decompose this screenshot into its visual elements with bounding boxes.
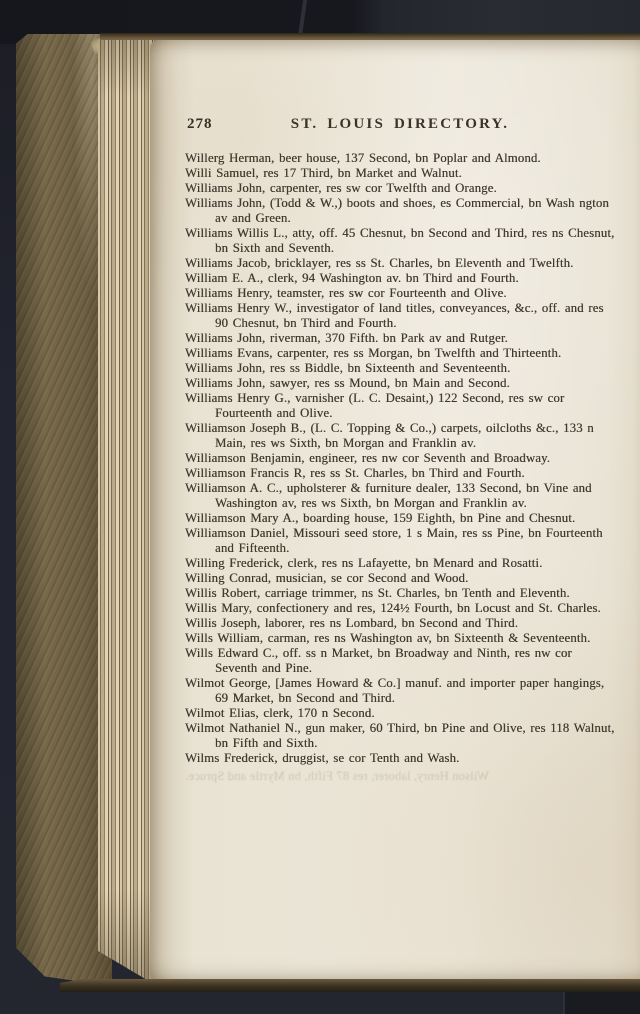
directory-entry: Williamson Daniel, Missouri seed store, … <box>185 526 615 556</box>
directory-entry: Wills Edward C., off. ss n Market, bn Br… <box>185 646 615 676</box>
directory-entry: Wilmot George, [James Howard & Co.] manu… <box>185 676 615 706</box>
directory-entry: Williams Henry, teamster, res sw cor Fou… <box>185 286 615 301</box>
photo-scene: 278 ST. LOUIS DIRECTORY. Willerg Herman,… <box>0 0 640 1014</box>
directory-entry: Williams John, (Todd & W.,) boots and sh… <box>185 196 615 226</box>
directory-entry: Williams John, sawyer, res ss Mound, bn … <box>185 376 615 391</box>
background-object-bottom <box>563 992 640 1014</box>
page-number: 278 <box>187 116 213 133</box>
directory-entry: Willis Robert, carriage trimmer, ns St. … <box>185 586 615 601</box>
directory-entry: Williams John, carpenter, res sw cor Twe… <box>185 181 615 196</box>
directory-entry: Williamson A. C., upholsterer & furnitur… <box>185 481 615 511</box>
directory-entry: Willing Frederick, clerk, res ns Lafayet… <box>185 556 615 571</box>
directory-entry: Wilmot Elias, clerk, 170 n Second. <box>185 706 615 721</box>
page-content: 278 ST. LOUIS DIRECTORY. Willerg Herman,… <box>185 116 615 784</box>
directory-entry: Willing Conrad, musician, se cor Second … <box>185 571 615 586</box>
directory-entry: Williams John, res ss Biddle, bn Sixteen… <box>185 361 615 376</box>
page-header: 278 ST. LOUIS DIRECTORY. <box>185 116 615 136</box>
directory-entry: Williamson Francis R, res ss St. Charles… <box>185 466 615 481</box>
directory-entry: Williamson Mary A., boarding house, 159 … <box>185 511 615 526</box>
directory-entry: Williams Jacob, bricklayer, res ss St. C… <box>185 256 615 271</box>
directory-entry: Williams John, riverman, 370 Fifth. bn P… <box>185 331 615 346</box>
directory-entry: William E. A., clerk, 94 Washington av. … <box>185 271 615 286</box>
directory-entry: Williamson Joseph B., (L. C. Topping & C… <box>185 421 615 451</box>
book-page: 278 ST. LOUIS DIRECTORY. Willerg Herman,… <box>150 40 640 984</box>
directory-entry: Wills William, carman, res ns Washington… <box>185 631 615 646</box>
book-cover-left <box>16 34 112 986</box>
page-edge-stack <box>98 40 154 984</box>
page-bleedthrough-text: Wilson Henry, laborer, res 87 Fifth, bn … <box>185 769 615 784</box>
directory-entry: Willis Joseph, laborer, res ns Lombard, … <box>185 616 615 631</box>
directory-entry: Wilmot Nathaniel N., gun maker, 60 Third… <box>185 721 615 751</box>
directory-entry: Wilms Frederick, druggist, se cor Tenth … <box>185 751 615 766</box>
directory-entry: Williamson Benjamin, engineer, res nw co… <box>185 451 615 466</box>
page-title: ST. LOUIS DIRECTORY. <box>185 116 615 133</box>
directory-entries: Willerg Herman, beer house, 137 Second, … <box>185 151 615 766</box>
book-cover-bottom-edge <box>60 979 640 992</box>
directory-entry: Williams Henry W., investigator of land … <box>185 301 615 331</box>
directory-entry: Willi Samuel, res 17 Third, bn Market an… <box>185 166 615 181</box>
directory-entry: Williams Willis L., atty, off. 45 Chesnu… <box>185 226 615 256</box>
directory-entry: Willis Mary, confectionery and res, 124½… <box>185 601 615 616</box>
directory-entry: Williams Evans, carpenter, res ss Morgan… <box>185 346 615 361</box>
directory-entry: Williams Henry G., varnisher (L. C. Desa… <box>185 391 615 421</box>
directory-entry: Willerg Herman, beer house, 137 Second, … <box>185 151 615 166</box>
